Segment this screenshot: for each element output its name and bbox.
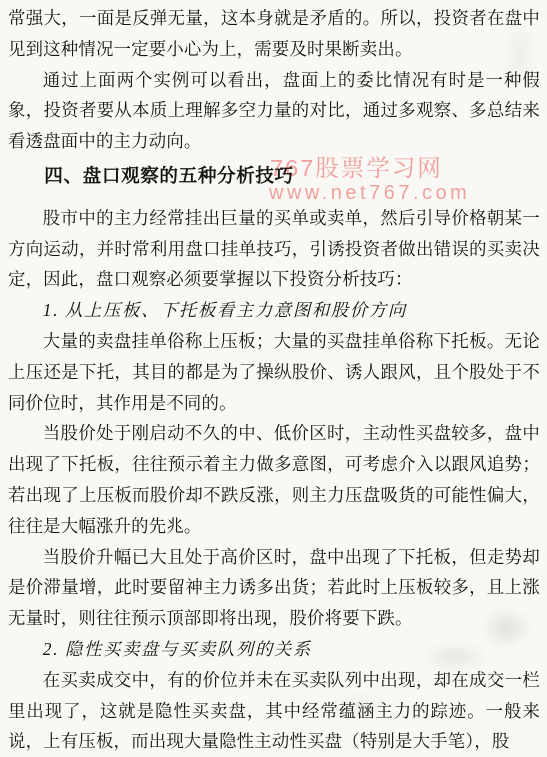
body-paragraph: 当股价处于刚启动不久的中、低价区时，主动性买盘较多，盘中出现了下托板，往往预示着… [8, 418, 540, 541]
body-paragraph: 在买卖成交中，有的价位并未在买卖队列中出现，却在成交一栏里出现了，这就是隐性买卖… [8, 665, 540, 757]
body-paragraph: 股市中的主力经常挂出巨量的买单或卖单，然后引导价格朝某一方向运动，并时常利用盘口… [8, 203, 540, 295]
section-heading: 四、盘口观察的五种分析技巧 [8, 162, 540, 193]
body-paragraph: 通过上面两个实例可以看出，盘面上的委比情况有时是一种假象，投资者要从本质上理解多… [8, 65, 540, 157]
body-paragraph: 常强大，一面是反弹无量，这本身就是矛盾的。所以，投资者在盘中见到这种情况一定要小… [8, 3, 540, 65]
subheading-1: 1. 从上压板、下托板看主力意图和股价方向 [8, 295, 540, 326]
body-paragraph: 当股价升幅已大且处于高价区时，盘中出现了下托板，但走势却是价滞量增，此时要留神主… [8, 542, 540, 634]
body-paragraph: 大量的卖盘挂单俗称上压板；大量的买盘挂单俗称下托板。无论上压还是下托，其目的都是… [8, 326, 540, 418]
book-page: 767股票学习网 www.net767.com 常强大，一面是反弹无量，这本身就… [0, 0, 547, 757]
page-text-column: 常强大，一面是反弹无量，这本身就是矛盾的。所以，投资者在盘中见到这种情况一定要小… [8, 3, 540, 757]
subheading-2: 2. 隐性买卖盘与买卖队列的关系 [8, 634, 540, 665]
